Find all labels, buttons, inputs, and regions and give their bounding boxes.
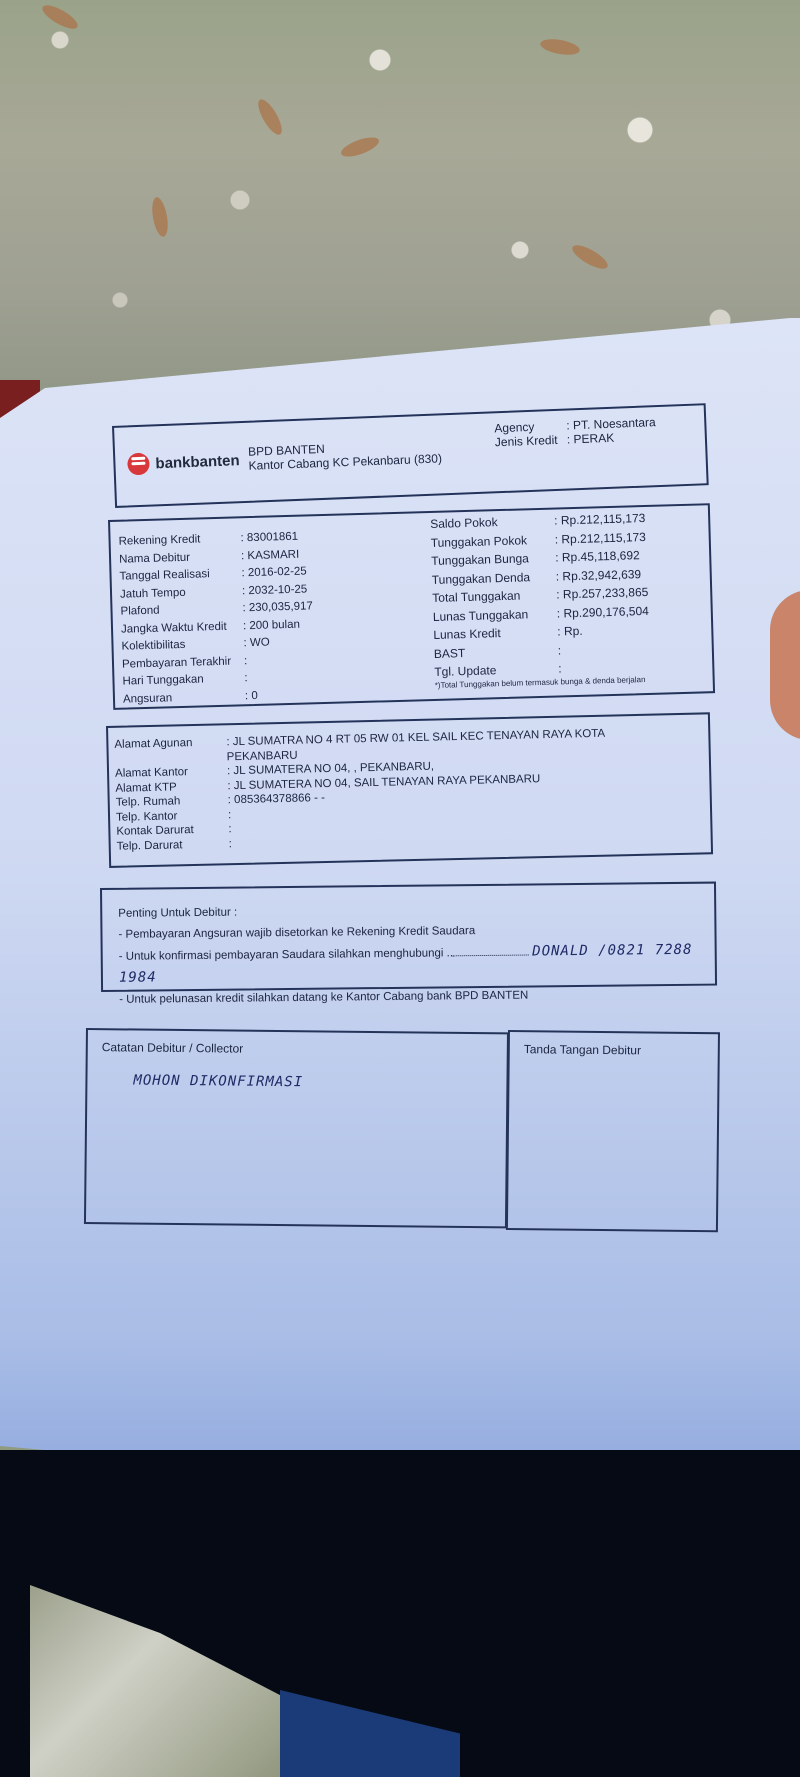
- bank-logo-icon: [127, 453, 150, 476]
- hand-finger: [770, 590, 800, 740]
- field-value: : Rp.290,176,504: [557, 601, 650, 622]
- notes-title: Catatan Debitur / Collector: [102, 1040, 244, 1055]
- field-value: : 230,035,917: [242, 598, 313, 617]
- field-label: Angsuran: [123, 688, 245, 709]
- field-value: : Rp.45,118,692: [555, 546, 640, 567]
- credit-type-label: Jenis Kredit: [495, 433, 567, 450]
- loan-info-box: Rekening Kredit: 83001861 Nama Debitur: …: [108, 503, 715, 710]
- field-value: : WO: [243, 635, 270, 653]
- dotted-fill: [453, 955, 529, 957]
- agency-info: Agency : PT. Noesantara Jenis Kredit : P…: [494, 415, 656, 449]
- credit-type-value: : PERAK: [567, 431, 615, 447]
- loan-details-left: Rekening Kredit: 83001861 Nama Debitur: …: [118, 528, 315, 708]
- handwritten-note: MOHON DIKONFIRMASI: [133, 1073, 303, 1091]
- field-value: : Rp.: [557, 622, 583, 641]
- address-label: Telp. Darurat: [117, 837, 229, 854]
- signature-box: Tanda Tangan Debitur: [506, 1030, 720, 1232]
- bank-name: BPD BANTEN Kantor Cabang KC Pekanbaru (8…: [248, 437, 442, 472]
- logo-text: bankbanten: [155, 452, 240, 472]
- field-value: : 2032-10-25: [242, 581, 308, 600]
- field-value: :: [244, 670, 248, 688]
- notes-box: Catatan Debitur / Collector MOHON DIKONF…: [84, 1028, 509, 1228]
- field-value: :: [244, 653, 248, 671]
- address-label: Alamat Agunan: [114, 735, 227, 767]
- important-notice-box: Penting Untuk Debitur : - Pembayaran Ang…: [100, 882, 717, 992]
- field-value: : 200 bulan: [243, 616, 300, 635]
- address-box: Alamat Agunan: JL SUMATRA NO 4 RT 05 RW …: [106, 712, 713, 868]
- field-value: : Rp.32,942,639: [555, 565, 641, 586]
- signature-title: Tanda Tangan Debitur: [524, 1042, 641, 1057]
- notice-line: - Untuk konfirmasi pembayaran Saudara si…: [119, 947, 453, 963]
- field-value: :: [558, 659, 562, 678]
- field-value: : 0: [245, 687, 258, 705]
- field-value: : 2016-02-25: [241, 563, 307, 582]
- bank-logo: bankbanten: [127, 449, 240, 475]
- field-value: : KASMARI: [241, 546, 300, 565]
- field-value: :: [558, 641, 562, 660]
- notice-line-contact: - Untuk konfirmasi pembayaran Saudara si…: [119, 940, 715, 990]
- loan-details-right: Saldo Pokok: Rp.212,115,173 Tunggakan Po…: [430, 509, 651, 681]
- field-value: : 83001861: [240, 529, 298, 548]
